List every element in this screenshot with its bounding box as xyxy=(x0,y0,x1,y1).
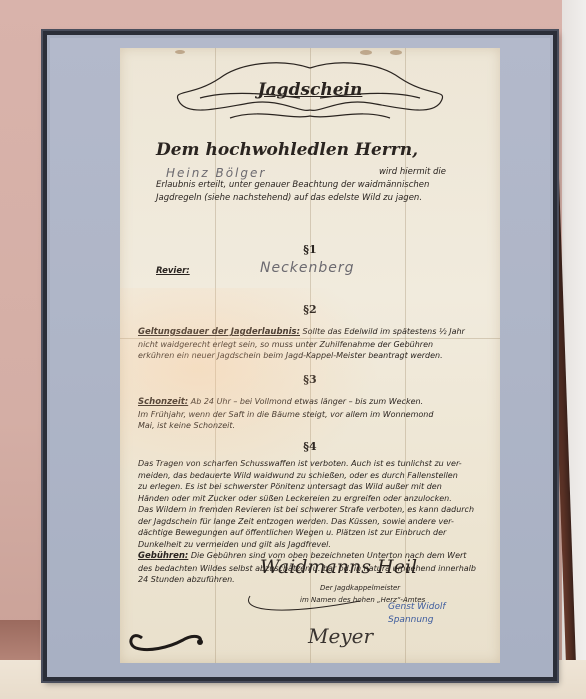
document-title: Jagdschein xyxy=(120,80,500,100)
text-line: dächtige Bewegungen auf öffentlichen Weg… xyxy=(138,528,446,537)
text-line: meiden, das bedauerte Wild waidwund zu s… xyxy=(138,471,458,480)
section-3-text: Schonzeit: Ab 24 Uhr – bei Vollmond etwa… xyxy=(138,396,483,432)
text-line: erkühren ein neuer Jagdschein beim Jagd-… xyxy=(138,351,443,360)
text-line: Sollte das Edelwild im spätestens ½ Jahr xyxy=(303,327,465,336)
section-mark: §4 xyxy=(120,440,500,453)
intro-line: wird hiermit die xyxy=(156,166,446,179)
section-mark: §1 xyxy=(120,243,500,256)
corner-flourish-icon xyxy=(128,626,208,656)
signature-role: Der Jagdkappelmeister xyxy=(320,584,400,592)
text-line: nicht waidgerecht erlegt sein, so muss u… xyxy=(138,340,433,349)
section-mark: §2 xyxy=(120,303,500,316)
revier-label: Revier: xyxy=(156,266,190,276)
title-ornament: Jagdschein xyxy=(120,58,500,128)
lower-signature: Meyer xyxy=(308,624,373,648)
shelf-shadow xyxy=(0,620,40,665)
signature-block: Waidmanns Heil Der Jagdkappelmeister im … xyxy=(240,556,490,666)
text-line: Das Tragen von scharfen Schusswaffen ist… xyxy=(138,459,462,468)
text-line: zu erlegen. Es ist bei schwerster Pönite… xyxy=(138,482,442,491)
blue-ink-note: Genst Widolf Spannung xyxy=(388,601,446,627)
frame-mat: Jagdschein Dem hochwohledlen Herrn, Hein… xyxy=(50,38,550,674)
intro-text: wird hiermit die Erlaubnis erteilt, unte… xyxy=(156,166,446,205)
blue-note-line: Spannung xyxy=(388,615,433,625)
text-line: Händen oder mit Zucker oder süßen Lecker… xyxy=(138,494,452,503)
signature-closing: Waidmanns Heil xyxy=(260,556,417,578)
text-line: Dunkelheit zu vermeiden und gilt als Jag… xyxy=(138,540,331,549)
picture-frame: Jagdschein Dem hochwohledlen Herrn, Hein… xyxy=(43,31,557,681)
text-line: 24 Stunden abzuführen. xyxy=(138,575,235,584)
jagdschein-document: Jagdschein Dem hochwohledlen Herrn, Hein… xyxy=(120,48,500,663)
stain xyxy=(360,50,372,55)
section-label: Geltungsdauer der Jagderlaubnis: xyxy=(138,327,300,337)
salutation: Dem hochwohledlen Herrn, xyxy=(156,140,418,160)
revier-value: Neckenberg xyxy=(260,260,355,276)
intro-line: Erlaubnis erteilt, unter genauer Beachtu… xyxy=(156,179,446,192)
text-line: Im Frühjahr, wenn der Saft in die Bäume … xyxy=(138,410,433,419)
intro-line: Jagdregeln (siehe nachstehend) auf das e… xyxy=(156,192,446,205)
section-label: Gebühren: xyxy=(138,551,188,561)
stain xyxy=(175,50,185,54)
stain xyxy=(390,50,402,55)
section-2-text: Geltungsdauer der Jagderlaubnis: Sollte … xyxy=(138,326,483,362)
blue-note-line: Genst Widolf xyxy=(388,602,446,612)
text-line: Ab 24 Uhr – bei Vollmond etwas länger – … xyxy=(191,397,423,406)
section-mark: §3 xyxy=(120,373,500,386)
text-line: der Jagdschein für lange Zeit entzogen w… xyxy=(138,517,454,526)
text-line: Das Wildern in fremden Revieren ist bei … xyxy=(138,505,474,514)
text-line: Mai, ist keine Schonzeit. xyxy=(138,421,235,430)
section-label: Schonzeit: xyxy=(138,397,188,407)
